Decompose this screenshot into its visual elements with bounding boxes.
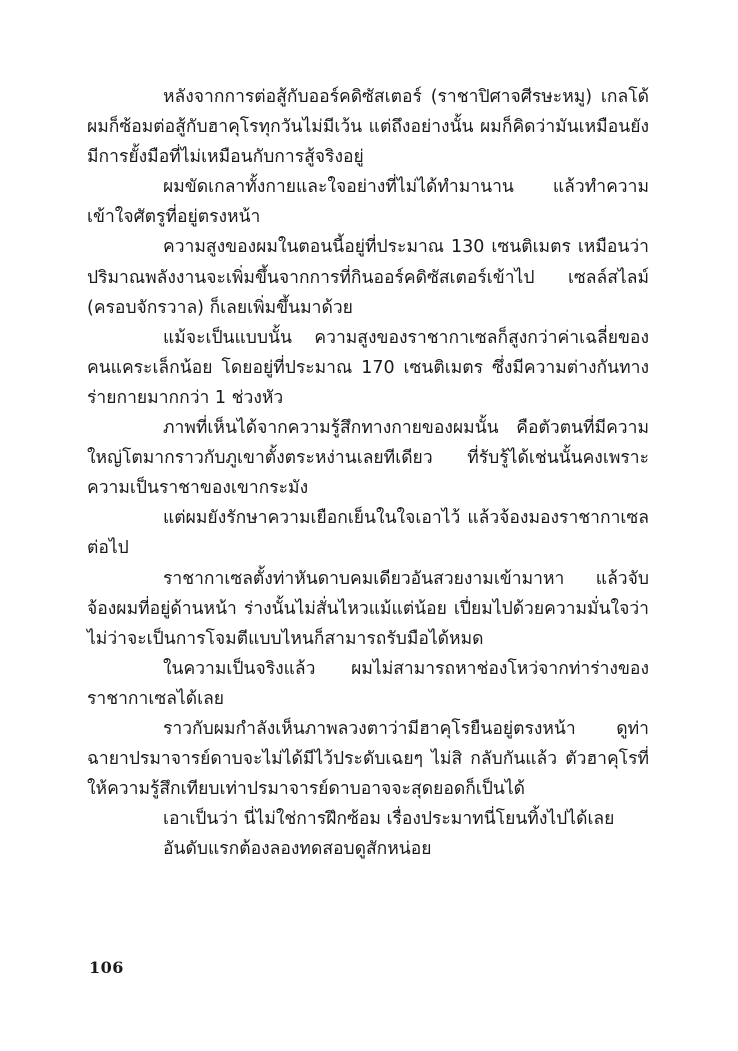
- body-text: หลังจากการต่อสู้กับออร์คดิซัสเตอร์ (ราชา…: [87, 82, 649, 864]
- paragraph: แม้จะเป็นแบบนั้น ความสูงของราชากาเซลก็สู…: [87, 323, 649, 413]
- paragraph: เอาเป็นว่า นี่ไม่ใช่การฝึกซ้อม เรื่องประ…: [87, 804, 649, 834]
- paragraph: ภาพที่เห็นได้จากความรู้สึกทางกายของผมนั้…: [87, 413, 649, 503]
- paragraph: แต่ผมยังรักษาความเยือกเย็นในใจเอาไว้ แล้…: [87, 503, 649, 563]
- page-number: 106: [89, 958, 124, 977]
- book-page: หลังจากการต่อสู้กับออร์คดิซัสเตอร์ (ราชา…: [0, 0, 738, 1051]
- paragraph: ราชากาเซลตั้งท่าหันดาบคมเดียวอันสวยงามเข…: [87, 564, 649, 654]
- paragraph: ราวกับผมกำลังเห็นภาพลวงตาว่ามีฮาคุโรยืนอ…: [87, 714, 649, 804]
- paragraph: ความสูงของผมในตอนนี้อยู่ที่ประมาณ 130 เซ…: [87, 232, 649, 322]
- paragraph: ผมขัดเกลาทั้งกายและใจอย่างที่ไม่ได้ทำมาน…: [87, 172, 649, 232]
- paragraph: อันดับแรกต้องลองทดสอบดูสักหน่อย: [87, 834, 649, 864]
- paragraph: หลังจากการต่อสู้กับออร์คดิซัสเตอร์ (ราชา…: [87, 82, 649, 172]
- paragraph: ในความเป็นจริงแล้ว ผมไม่สามารถหาช่องโหว่…: [87, 654, 649, 714]
